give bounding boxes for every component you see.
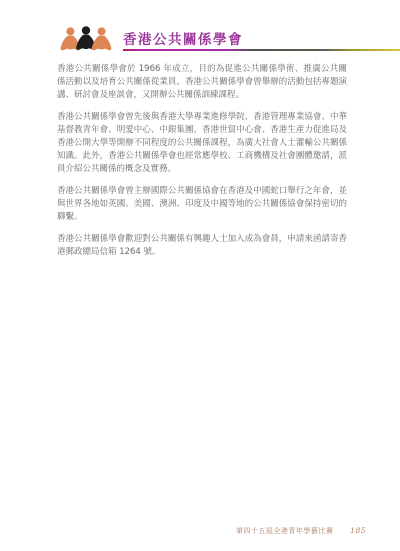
title-underline-rule xyxy=(123,49,400,51)
page-header: 香港公共關係學會 xyxy=(57,22,400,56)
paragraph-1: 香港公共關係學會於 1966 年成立，目的為促進公共關係學術、推廣公共關係活動以… xyxy=(57,63,347,102)
page-title: 香港公共關係學會 xyxy=(123,28,243,48)
article-body: 香港公共關係學會於 1966 年成立，目的為促進公共關係學術、推廣公共關係活動以… xyxy=(57,63,347,268)
page-number: 185 xyxy=(350,526,366,535)
three-seated-people-icon xyxy=(60,24,112,56)
competition-name: 第四十五屆全港青年學藝比賽 xyxy=(236,527,334,535)
document-page: 香港公共關係學會 香港公共關係學會於 1966 年成立，目的為促進公共關係學術、… xyxy=(0,0,400,551)
page-footer: 第四十五屆全港青年學藝比賽 185 xyxy=(236,526,366,536)
paragraph-2: 香港公共關係學會曾先後與香港大學專業進修學院、香港管理專業協會、中華基督教青年會… xyxy=(57,111,347,176)
paragraph-3: 香港公共關係學會曾主辦國際公共關係協會在香港及中國蛇口舉行之年會，並與世界各地如… xyxy=(57,185,347,224)
paragraph-4: 香港公共關係學會歡迎對公共關係有興趣人士加入成為會員，申請來函請寄香港郵政總局信… xyxy=(57,233,347,259)
